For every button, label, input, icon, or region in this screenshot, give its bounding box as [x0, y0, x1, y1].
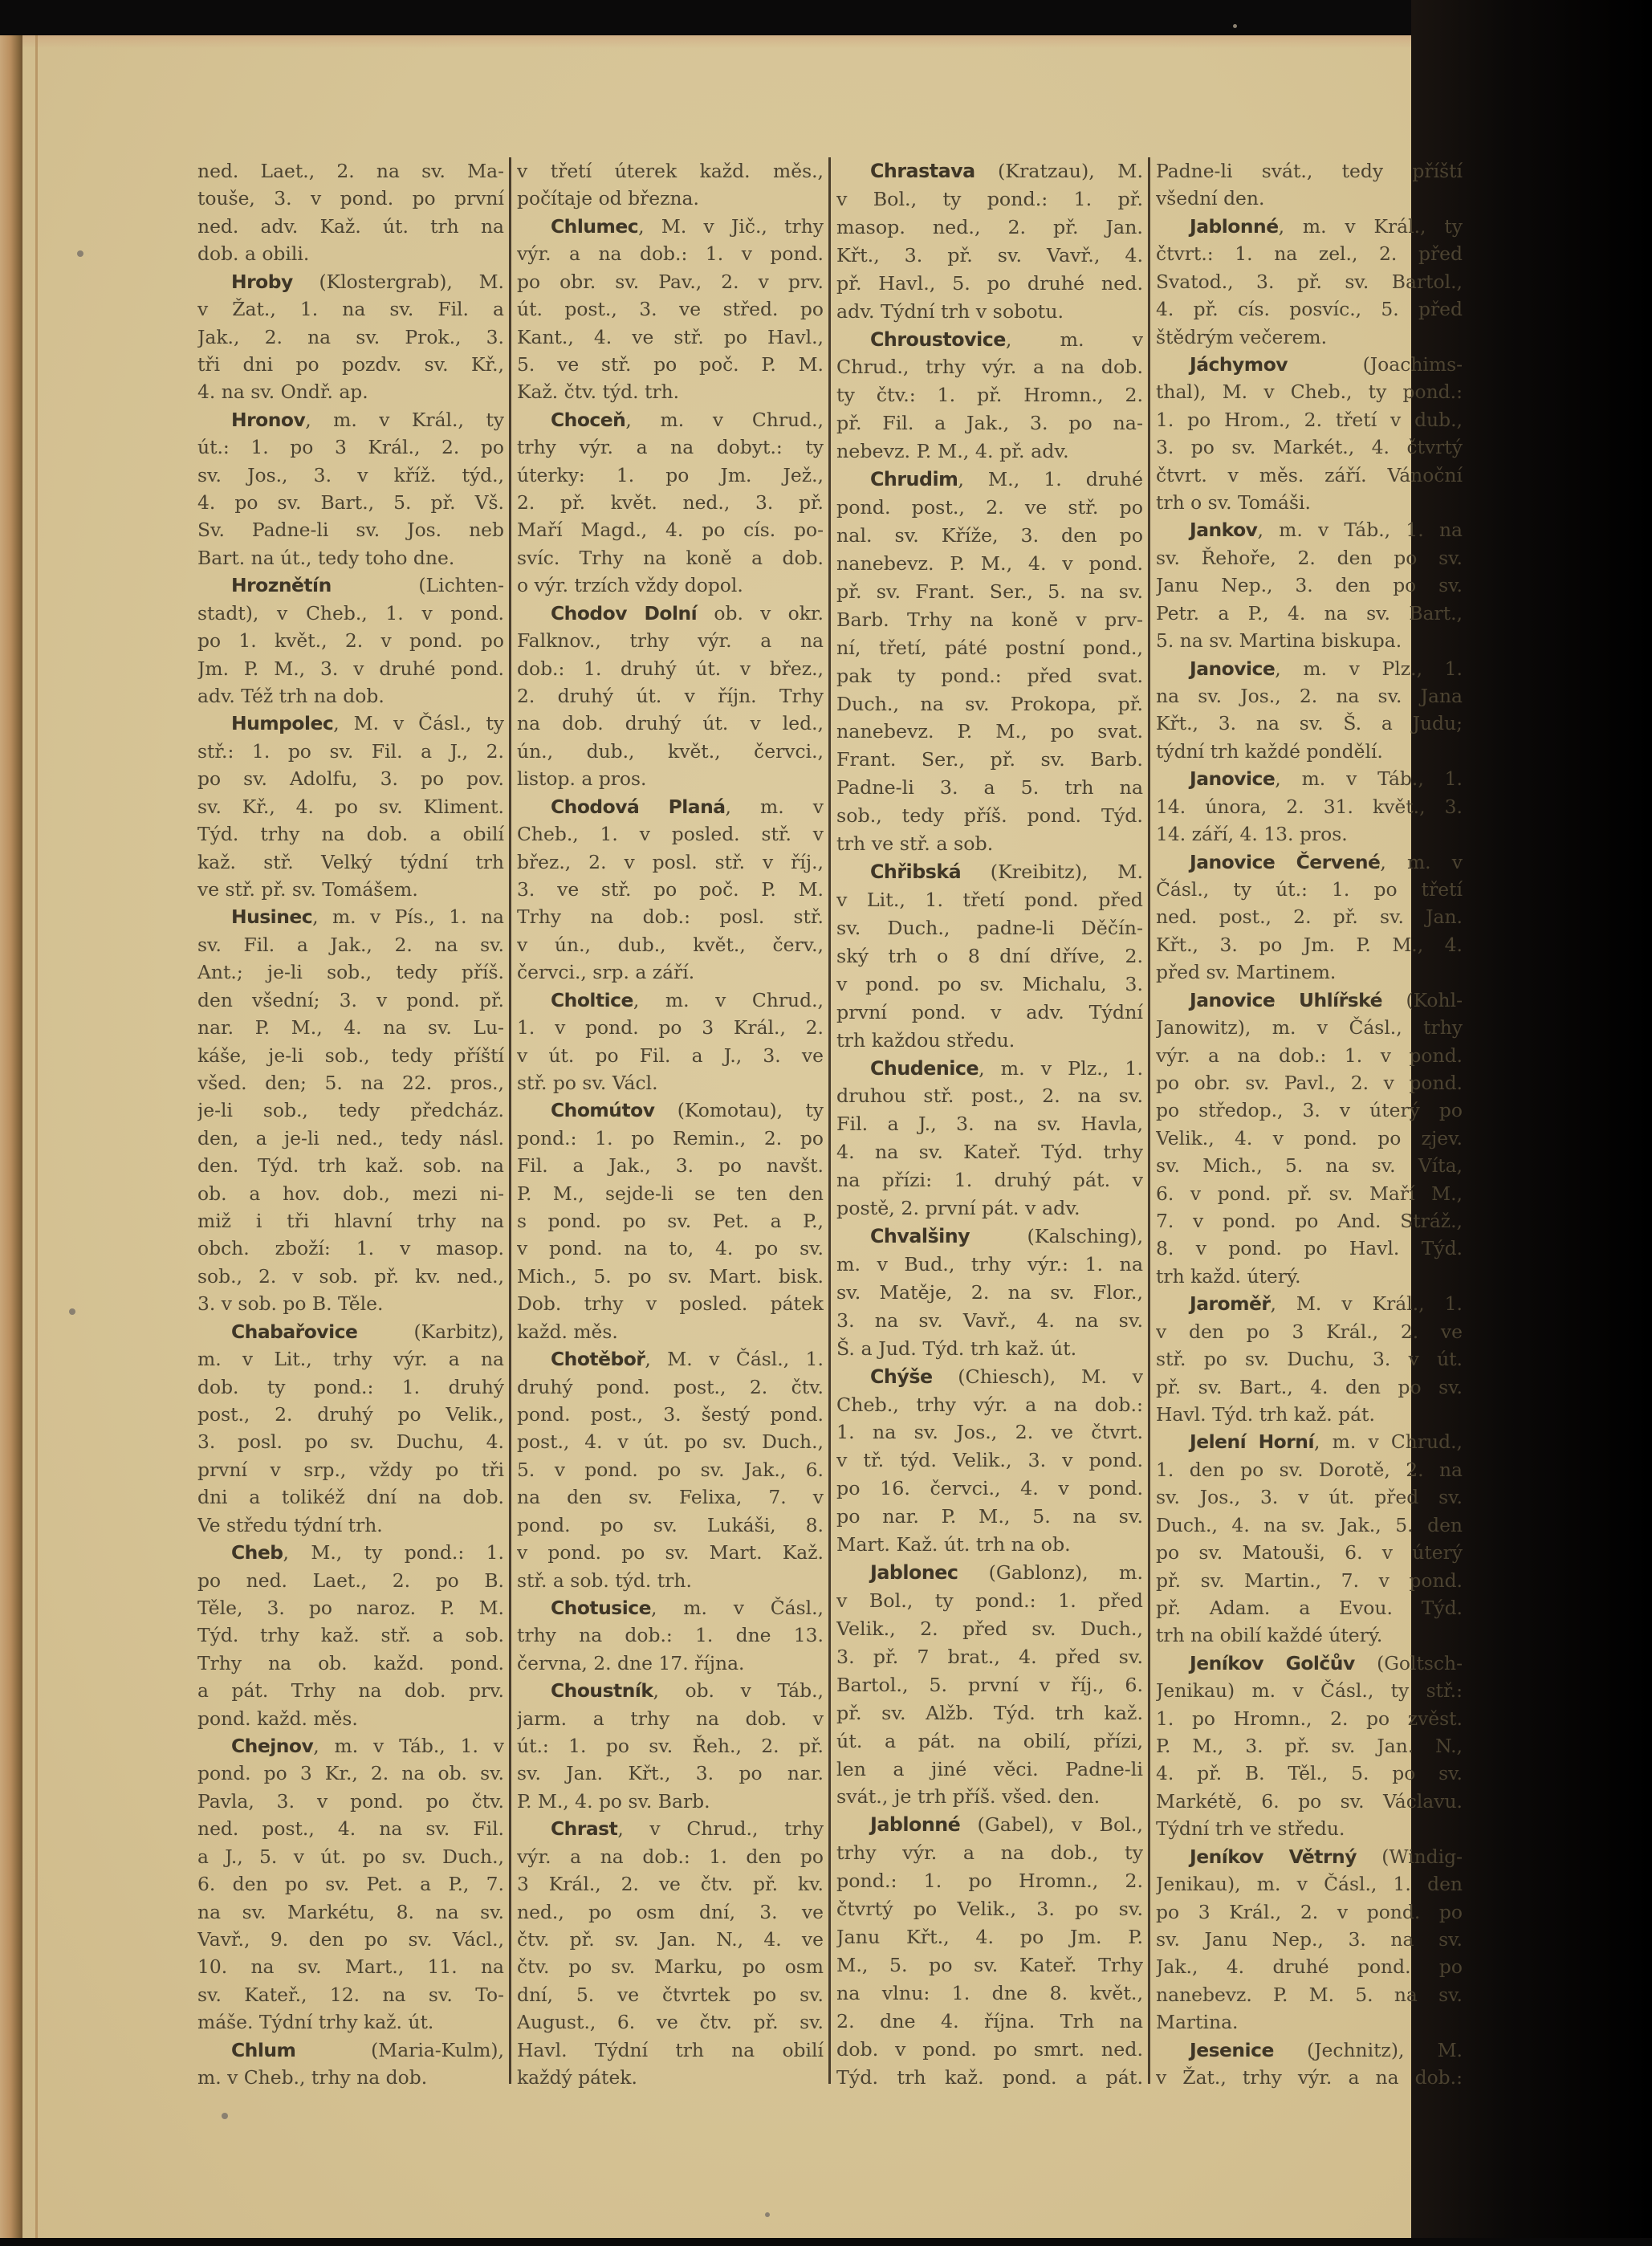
line-text: Fil. a J., 3. na sv. Havla, [836, 1113, 1143, 1135]
text-line: Frant. Ser., př. sv. Barb. [836, 746, 1143, 774]
text-line: Vavř., 9. den po sv. Václ., [197, 1926, 504, 1953]
text-line: 5. ve stř. po poč. P. M. [517, 351, 824, 378]
text-line: P. M., 4. po sv. Barb. [517, 1788, 824, 1815]
text-line: len a jiné věci. Padne-li [836, 1756, 1143, 1784]
line-text: po sv. Matouši, 6. v úterý [1156, 1541, 1463, 1564]
line-text: první v srp., vždy po tři [197, 1459, 504, 1481]
line-text: v Žat., trhy výr. a na dob.: [1156, 2066, 1463, 2089]
place-headword: Chudenice [870, 1057, 979, 1080]
text-line: pak ty pond.: před svat. [836, 662, 1143, 690]
line-text: po nar. P. M., 5. na sv. [836, 1505, 1143, 1528]
text-line: pond.: 1. po Remin., 2. po [517, 1125, 824, 1152]
line-text: 1. na sv. Jos., 2. ve čtvrt. [836, 1421, 1143, 1443]
text-line: jarm. a trhy na dob. v [517, 1705, 824, 1732]
text-line: út.: 1. po 3 Král., 2. po [197, 433, 504, 461]
line-text: 5. na sv. Martina biskupa. [1156, 629, 1402, 652]
line-text: út. a pát. na obilí, přízi, [836, 1730, 1143, 1752]
line-text: ský trh o 8 dní dříve, 2. [836, 945, 1143, 967]
line-text: ob. a hov. dob., mezi ni- [197, 1182, 504, 1205]
line-text: Velik., 2. před sv. Duch., [836, 1617, 1143, 1640]
line-text: dob. ty pond.: 1. druhý [197, 1376, 504, 1398]
text-line: dní, 5. ve čtvrtek po sv. [517, 1981, 824, 2008]
line-text: P. M., 4. po sv. Barb. [517, 1790, 710, 1813]
text-line: červci., srp. a září. [517, 958, 824, 986]
line-text: dob.: 1. druhý út. v břez., [517, 657, 824, 680]
text-line: 6. den po sv. Pet. a P., 7. [197, 1870, 504, 1898]
text-line: ský trh o 8 dní dříve, 2. [836, 942, 1143, 970]
text-line: sv. Matěje, 2. na sv. Flor., [836, 1279, 1143, 1307]
entry-first-line: Hroznětín (Lichten- [197, 572, 504, 599]
place-headword: Jaroměř [1190, 1292, 1270, 1315]
line-text: ve stř. př. sv. Tomášem. [197, 878, 418, 901]
line-text: , m. v Král., ty [305, 409, 504, 431]
line-text: listop. a pros. [517, 767, 646, 790]
entry-first-line: Chrast, v Chrud., trhy [517, 1815, 824, 1842]
text-line: sv. Jos., 3. v kříž. týd., [197, 462, 504, 489]
line-text: Maří Magd., 4. po cís. po- [517, 519, 824, 541]
line-text: Janu Nep., 3. den po sv. [1156, 574, 1463, 596]
line-text: (Kreibitz), M. [961, 861, 1143, 883]
text-line: Trhy na ob. každ. pond. [197, 1650, 504, 1677]
binding-crease [35, 35, 38, 2240]
line-text: ned. adv. Kaž. út. trh na [197, 215, 504, 238]
line-text: thal), M. v Cheb., ty pond.: [1156, 380, 1463, 403]
text-line: s pond. po sv. Pet. a P., [517, 1207, 824, 1235]
text-line: pond. po 3 Kr., 2. na ob. sv. [197, 1760, 504, 1787]
line-text: , m. v Chrud., [625, 409, 824, 431]
line-text: 6. den po sv. Pet. a P., 7. [197, 1873, 504, 1895]
line-text: Falknov., trhy výr. a na [517, 629, 824, 652]
line-text: út.: 1. po 3 Král., 2. po [197, 436, 504, 458]
text-line: obch. zboží: 1. v masop. [197, 1235, 504, 1262]
line-text: 3. v sob. po B. Těle. [197, 1292, 383, 1315]
text-line: dob. a obili. [197, 240, 504, 267]
line-text: 1. po Hrom., 2. třetí v dub., [1156, 409, 1463, 431]
line-text: na sv. Markétu, 8. na sv. [197, 1901, 504, 1923]
line-text: Křt., 3. na sv. Š. a Judu; [1156, 712, 1463, 734]
text-line: Kaž. čtv. týd. trh. [517, 378, 824, 405]
line-text: po obr. sv. Pav., 2. v prv. [517, 271, 824, 293]
line-text: , m. v Pís., 1. na [312, 905, 504, 928]
entry-first-line: Chomútov (Komotau), ty [517, 1097, 824, 1124]
text-line: sv. Fil. a Jak., 2. na sv. [197, 931, 504, 958]
entry-first-line: Jesenice (Jechnitz), M. [1156, 2036, 1463, 2064]
text-line: Sv. Padne-li sv. Jos. neb [197, 516, 504, 543]
line-text: v třetí úterek každ. měs., [517, 160, 824, 182]
entry-first-line: Chroustovice, m. v [836, 326, 1143, 354]
text-line: Maří Magd., 4. po cís. po- [517, 516, 824, 543]
line-text: Mart. Kaž. út. trh na ob. [836, 1533, 1071, 1556]
column-1: ned. Laet., 2. na sv. Ma-touše, 3. v pon… [197, 157, 504, 2092]
place-headword: Chejnov [231, 1735, 313, 1757]
line-text: 5. ve stř. po poč. P. M. [517, 353, 824, 376]
place-headword: Janovice [1190, 657, 1275, 680]
line-text: m. v Lit., trhy výr. a na [197, 1348, 504, 1370]
line-text: den všední; 3. v pond. př. [197, 989, 504, 1011]
text-line: každ. měs. [517, 1318, 824, 1345]
line-text: počítaje od března. [517, 187, 699, 210]
place-headword: Chodov Dolní [551, 602, 697, 625]
line-text: Petr. a P., 4. na sv. Bart., [1156, 602, 1463, 625]
text-line: 1. po Hrom., 2. třetí v dub., [1156, 406, 1463, 433]
line-text: břez., 2. v posl. stř. v říj., [517, 851, 824, 873]
line-text: P. M., sejde-li se ten den [517, 1182, 824, 1205]
text-line: ned. post., 2. př. sv. Jan. [1156, 903, 1463, 930]
text-line: sv. Janu Nep., 3. na sv. [1156, 1926, 1463, 1953]
text-line: m. v Cheb., trhy na dob. [197, 2064, 504, 2091]
text-line: Dob. trhy v posled. pátek [517, 1290, 824, 1317]
line-text: , m. v Chrud., [633, 989, 824, 1011]
line-text: post., 4. v út. po sv. Duch., [517, 1430, 824, 1453]
line-text: (Kalsching), [970, 1225, 1143, 1247]
line-text: , M. v Jič., trhy [638, 215, 824, 238]
entry-first-line: Chudenice, m. v Plz., 1. [836, 1055, 1143, 1083]
place-headword: Jablonné [870, 1813, 960, 1836]
line-text: trhy výr. a na dobyt.: ty [517, 436, 824, 458]
text-line: každý pátek. [517, 2064, 824, 2091]
line-text: výr. a na dob.: 1. den po [517, 1845, 824, 1868]
text-line: Fil. a J., 3. na sv. Havla, [836, 1110, 1143, 1138]
text-line: břez., 2. v posl. stř. v říj., [517, 848, 824, 876]
line-text: sv. Matěje, 2. na sv. Flor., [836, 1281, 1143, 1304]
line-text: út. post., 3. ve střed. po [517, 298, 824, 320]
text-line: Falknov., trhy výr. a na [517, 627, 824, 654]
line-text: Kant., 4. ve stř. po Havl., [517, 326, 824, 348]
line-text: pond. post., 3. šestý pond. [517, 1403, 824, 1426]
line-text: Týd. trh kaž. pond. a pát. [836, 2066, 1143, 2089]
line-text: sv. Řehoře, 2. den po sv. [1156, 547, 1463, 569]
text-line: 1. po Hromn., 2. po zvěst. [1156, 1705, 1463, 1732]
text-line: 8. v pond. po Havl. Týd. [1156, 1235, 1463, 1262]
text-line: stř. po sv. Václ. [517, 1069, 824, 1097]
line-text: Kaž. čtv. týd. trh. [517, 380, 679, 403]
text-line: 3. př. 7 brat., 4. před sv. [836, 1643, 1143, 1671]
line-text: 5. v pond. po sv. Jak., 6. [517, 1459, 824, 1481]
line-text: (Jechnitz), M. [1274, 2039, 1463, 2061]
text-line: trhy výr. a na dobyt.: ty [517, 433, 824, 461]
text-line: čtvrt.: 1. na zel., 2. před [1156, 240, 1463, 267]
text-line: listop. a pros. [517, 765, 824, 792]
line-text: ned. post., 4. na sv. Fil. [197, 1817, 504, 1840]
text-line: 3. v sob. po B. Těle. [197, 1290, 504, 1317]
line-text: 4. na sv. Kateř. Týd. trhy [836, 1141, 1143, 1163]
text-line: v ún., dub., květ., červ., [517, 931, 824, 958]
text-line: výr. a na dob.: 1. v pond. [1156, 1042, 1463, 1069]
text-line: Duch., 4. na sv. Jak., 5. den [1156, 1512, 1463, 1539]
line-text: 7. v pond. po And. Stráž., [1156, 1210, 1463, 1232]
text-line: v Žat., 1. na sv. Fil. a [197, 295, 504, 323]
line-text: (Windig- [1357, 1845, 1463, 1868]
text-line: po 16. červci., 4. v pond. [836, 1475, 1143, 1503]
text-line: svát., je trh příš. všed. den. [836, 1783, 1143, 1811]
line-text: čtv. př. sv. Jan. N., 4. ve [517, 1928, 824, 1951]
line-text: v Bol., ty pond.: 1. před [836, 1589, 1143, 1612]
line-text: ún., dub., květ., červci., [517, 740, 824, 763]
text-line: den. Týd. trh kaž. sob. na [197, 1152, 504, 1179]
text-line: trh na obilí každé úterý. [1156, 1621, 1463, 1649]
line-text: trh ve stř. a sob. [836, 832, 993, 855]
text-line: Barb. Trhy na koně v prv- [836, 606, 1143, 634]
place-headword: Cheb [231, 1541, 283, 1564]
line-text: června, 2. dne 17. října. [517, 1652, 744, 1674]
text-line: pond. každ. měs. [197, 1705, 504, 1732]
text-line: druhý pond. post., 2. čtv. [517, 1373, 824, 1401]
line-text: v tř. týd. Velik., 3. v pond. [836, 1449, 1143, 1471]
text-line: čtvrtý po Velik., 3. po sv. [836, 1895, 1143, 1923]
text-line: druhou stř. post., 2. na sv. [836, 1082, 1143, 1110]
line-text: Bartol., 5. první v říj., 6. [836, 1674, 1143, 1696]
text-line: ní, třetí, páté postní pond., [836, 634, 1143, 662]
text-line: o výr. trzích vždy dopol. [517, 572, 824, 599]
line-text: trh o sv. Tomáši. [1156, 491, 1311, 514]
line-text: , M., ty pond.: 1. [283, 1541, 504, 1564]
line-text: svát., je trh příš. všed. den. [836, 1785, 1100, 1808]
line-text: P. M., 3. př. sv. Jan. N., [1156, 1735, 1463, 1757]
entry-first-line: Jeníkov Golčův (Goltsch- [1156, 1650, 1463, 1677]
line-text: dní, 5. ve čtvrtek po sv. [517, 1984, 824, 2006]
text-line: 3. ve stř. po poč. P. M. [517, 876, 824, 903]
scan-top-border [0, 0, 1652, 35]
line-text: štědrým večerem. [1156, 326, 1327, 348]
place-headword: Chotusice [551, 1597, 651, 1619]
entry-first-line: Chrastava (Kratzau), M. [836, 157, 1143, 185]
line-text: sv. Fil. a Jak., 2. na sv. [197, 934, 504, 956]
line-text: , m. v [726, 795, 824, 818]
text-line: v pond. po sv. Mart. Kaž. [517, 1539, 824, 1566]
text-line: v den po 3 Král., 2. ve [1156, 1318, 1463, 1345]
text-line: sob., 2. v sob. př. kv. ned., [197, 1263, 504, 1290]
entry-first-line: Jablonné, m. v Král., ty [1156, 213, 1463, 240]
line-text: týdní trh každé pondělí. [1156, 740, 1383, 763]
line-text: 14. února, 2. 31. květ., 3. [1156, 795, 1463, 818]
entry-first-line: Jelení Horní, m. v Chrud., [1156, 1428, 1463, 1455]
place-headword: Choustník [551, 1679, 653, 1702]
line-text: stř.: 1. po sv. Fil. a J., 2. [197, 740, 504, 763]
text-line: první pond. v adv. Týdní [836, 999, 1143, 1027]
column-4: Padne-li svát., tedy příštívšední den.Ja… [1156, 157, 1463, 2092]
line-text: 2. druhý út. v říjn. Trhy [517, 685, 824, 707]
text-line: P. M., sejde-li se ten den [517, 1180, 824, 1207]
text-line: Chrud., trhy výr. a na dob. [836, 353, 1143, 381]
line-text: sv. Jos., 3. v kříž. týd., [197, 464, 504, 486]
text-line: v Lit., 1. třetí pond. před [836, 886, 1143, 914]
text-line: Pavla, 3. v pond. po čtv. [197, 1788, 504, 1815]
line-text: postě, 2. první pát. v adv. [836, 1197, 1080, 1219]
line-text: Jenikau) m. v Čásl., ty stř.: [1156, 1679, 1463, 1702]
line-text: pond.: 1. po Remin., 2. po [517, 1127, 824, 1149]
text-line: Velik., 2. před sv. Duch., [836, 1615, 1143, 1643]
text-line: stř. a sob. týd. trh. [517, 1567, 824, 1594]
line-text: Martina. [1156, 2011, 1238, 2033]
line-text: , m. v Plz., 1. [1275, 657, 1463, 680]
text-line: př. Havl., 5. po druhé ned. [836, 270, 1143, 298]
line-text: 2. dne 4. října. Trh na [836, 2010, 1143, 2032]
line-text: post., 2. druhý po Velik., [197, 1403, 504, 1426]
entry-first-line: Hroby (Klostergrab), M. [197, 268, 504, 295]
line-text: čtv. po sv. Marku, po osm [517, 1955, 824, 1978]
line-text: jarm. a trhy na dob. v [517, 1707, 824, 1730]
text-line: Markétě, 6. po sv. Václavu. [1156, 1788, 1463, 1815]
place-headword: Chrastava [870, 160, 975, 182]
text-line: Padne-li 3. a 5. trh na [836, 774, 1143, 802]
text-line: ty čtv.: 1. př. Hromn., 2. [836, 381, 1143, 409]
line-text: (Klostergrab), M. [293, 271, 504, 293]
line-text: , m. v Táb., 1. na [1257, 519, 1463, 541]
entry-first-line: Janovice Uhlířské (Kohl- [1156, 987, 1463, 1014]
entry-first-line: Chrudim, M., 1. druhé [836, 466, 1143, 494]
line-text: 3. ve stř. po poč. P. M. [517, 878, 824, 901]
line-text: (Kohl- [1382, 989, 1463, 1011]
line-text: trh na obilí každé úterý. [1156, 1624, 1382, 1646]
line-text: , m. v Čásl., [651, 1597, 824, 1619]
text-line: nanebevz. P. M., po svat. [836, 718, 1143, 746]
line-text: 3. př. 7 brat., 4. před sv. [836, 1646, 1143, 1668]
text-line: pond.: 1. po Hromn., 2. [836, 1867, 1143, 1895]
text-line: 4. po sv. Bart., 5. př. Vš. [197, 489, 504, 516]
line-text: miž i tři hlavní trhy na [197, 1210, 504, 1232]
text-line: Martina. [1156, 2008, 1463, 2036]
text-line: 14. září, 4. 13. pros. [1156, 820, 1463, 848]
text-line: 5. na sv. Martina biskupa. [1156, 627, 1463, 654]
text-line: ned. Laet., 2. na sv. Ma- [197, 157, 504, 185]
line-text: (Gablonz), m. [958, 1561, 1143, 1584]
entry-first-line: Jaroměř, M. v Král., 1. [1156, 1290, 1463, 1317]
text-line: všed. den; 5. na 22. pros., [197, 1069, 504, 1097]
line-text: sv. Mich., 5. na sv. Víta, [1156, 1154, 1463, 1177]
line-text: Bart. na út., tedy toho dne. [197, 547, 454, 569]
text-line: Jenikau) m. v Čásl., ty stř.: [1156, 1677, 1463, 1704]
line-text: Jm. P. M., 3. v druhé pond. [197, 657, 504, 680]
line-text: den. Týd. trh kaž. sob. na [197, 1154, 504, 1177]
text-line: tři dni po pozdv. sv. Kř., [197, 351, 504, 378]
line-text: Markétě, 6. po sv. Václavu. [1156, 1790, 1463, 1813]
line-text: každ. měs. [517, 1320, 618, 1343]
line-text: a pát. Trhy na dob. prv. [197, 1679, 504, 1702]
text-line: 7. v pond. po And. Stráž., [1156, 1207, 1463, 1235]
entry-first-line: Janovice, m. v Táb., 1. [1156, 765, 1463, 792]
column-rule [1148, 157, 1150, 2084]
text-line: Janu Křt., 4. po Jm. P. [836, 1923, 1143, 1951]
line-text: sv. Kateř., 12. na sv. To- [197, 1984, 504, 2006]
line-text: po 16. červci., 4. v pond. [836, 1477, 1143, 1499]
line-text: , m. v Plz., 1. [979, 1057, 1143, 1080]
line-text: o výr. trzích vždy dopol. [517, 574, 743, 596]
text-line: po sv. Adolfu, 3. po pov. [197, 765, 504, 792]
place-headword: Jeníkov Golčův [1190, 1652, 1355, 1674]
line-text: Padne-li svát., tedy příští [1156, 160, 1463, 182]
text-line: výr. a na dob.: 1. den po [517, 1843, 824, 1870]
line-text: (Karbitz), [357, 1320, 504, 1343]
line-text: v pond. po sv. Michalu, 3. [836, 973, 1143, 995]
line-text: př. sv. Frant. Ser., 5. na sv. [836, 580, 1143, 603]
line-text: Janowitz), m. v Čásl., trhy [1156, 1016, 1463, 1039]
text-line: výr. a na dob.: 1. v pond. [517, 240, 824, 267]
line-text: čtvrt.: 1. na zel., 2. před [1156, 242, 1463, 265]
line-text: Havl. Týd. trh kaž. pát. [1156, 1403, 1375, 1426]
text-line: svíc. Trhy na koně a dob. [517, 544, 824, 572]
line-text: Cheb., trhy výr. a na dob.: [836, 1394, 1143, 1416]
line-text: př. Havl., 5. po druhé ned. [836, 272, 1143, 295]
line-text: káše, je-li sob., tedy příští [197, 1044, 504, 1067]
place-headword: Choltice [551, 989, 633, 1011]
text-line: pond. post., 3. šestý pond. [517, 1401, 824, 1428]
text-line: Křt., 3. po Jm. P. M., 4. [1156, 931, 1463, 958]
text-line: první v srp., vždy po tři [197, 1456, 504, 1483]
text-line: Týd. trhy na dob. a obilí [197, 820, 504, 848]
text-line: káše, je-li sob., tedy příští [197, 1042, 504, 1069]
entry-first-line: Chejnov, m. v Táb., 1. v [197, 1732, 504, 1760]
line-text: Velik., 4. v pond. po zjev. [1156, 1127, 1463, 1149]
line-text: (Lichten- [332, 574, 504, 596]
text-line: 2. druhý út. v říjn. Trhy [517, 682, 824, 710]
line-text: sob., 2. v sob. př. kv. ned., [197, 1265, 504, 1288]
text-line: v pond. na to, 4. po sv. [517, 1235, 824, 1262]
text-line: adv. Týdní trh v sobotu. [836, 298, 1143, 326]
line-text: na vlnu: 1. dne 8. květ., [836, 1982, 1143, 2004]
line-text: út.: 1. po sv. Řeh., 2. př. [517, 1735, 824, 1757]
text-line: Těle, 3. po naroz. P. M. [197, 1594, 504, 1621]
line-text: všední den. [1156, 187, 1264, 210]
line-text: , M. v Čásl., 1. [645, 1348, 824, 1370]
line-text: 10. na sv. Mart., 11. na [197, 1955, 504, 1978]
text-line: ún., dub., květ., červci., [517, 738, 824, 765]
line-text: sv. Janu Nep., 3. na sv. [1156, 1928, 1463, 1951]
line-text: druhý pond. post., 2. čtv. [517, 1376, 824, 1398]
text-line: m. v Lit., trhy výr. a na [197, 1345, 504, 1373]
entry-first-line: Chodov Dolní ob. v okr. [517, 600, 824, 627]
line-text: Jak., 4. druhé pond. po [1156, 1955, 1463, 1978]
line-text: 8. v pond. po Havl. Týd. [1156, 1237, 1463, 1259]
text-line: Petr. a P., 4. na sv. Bart., [1156, 600, 1463, 627]
text-line: na dob. druhý út. v led., [517, 710, 824, 737]
text-line: dob. ty pond.: 1. druhý [197, 1373, 504, 1401]
line-text: úterky: 1. po Jm. Jež., [517, 464, 824, 486]
line-text: 4. př. cís. posvíc., 5. před [1156, 298, 1463, 320]
scan-bottom-border [0, 2238, 1652, 2246]
line-text: Svatod., 3. př. sv. Bartol., [1156, 271, 1463, 293]
text-line: Týd. trh kaž. pond. a pát. [836, 2064, 1143, 2092]
text-line: den, a je-li ned., tedy násl. [197, 1125, 504, 1152]
text-line: čtv. př. sv. Jan. N., 4. ve [517, 1926, 824, 1953]
text-line: dni a tolikéž dní na dob. [197, 1483, 504, 1511]
text-line: 6. v pond. př. sv. Maří M., [1156, 1180, 1463, 1207]
text-line: je-li sob., tedy předcház. [197, 1097, 504, 1124]
text-line: kaž. stř. Velký týdní trh [197, 848, 504, 876]
line-text: , m. v Táb., 1. [1275, 767, 1463, 790]
line-text: př. Adam. a Evou. Týd. [1156, 1597, 1463, 1619]
line-text: Fil. a Jak., 3. po navšt. [517, 1154, 824, 1177]
text-columns: ned. Laet., 2. na sv. Ma-touše, 3. v pon… [197, 157, 1474, 2092]
text-line: Trhy na dob.: posl. stř. [517, 903, 824, 930]
text-line: trhy na dob.: 1. dne 13. [517, 1621, 824, 1649]
line-text: v Bol., ty pond.: 1. př. [836, 188, 1143, 210]
line-text: červci., srp. a září. [517, 961, 694, 983]
paper-speck [222, 2113, 228, 2119]
line-text: 1. v pond. po 3 Král., 2. [517, 1016, 824, 1039]
entry-first-line: Choustník, ob. v Táb., [517, 1677, 824, 1704]
text-line: nar. P. M., 4. na sv. Lu- [197, 1014, 504, 1041]
line-text: (Joachims- [1288, 353, 1463, 376]
text-line: na vlnu: 1. dne 8. květ., [836, 1979, 1143, 2008]
line-text: Ve středu týdní trh. [197, 1514, 383, 1536]
line-text: Vavř., 9. den po sv. Václ., [197, 1928, 504, 1951]
text-line: máše. Týdní trhy kaž. út. [197, 2008, 504, 2036]
text-line: v Bol., ty pond.: 1. před [836, 1587, 1143, 1615]
line-text: Duch., 4. na sv. Jak., 5. den [1156, 1514, 1463, 1536]
text-line: počítaje od března. [517, 185, 824, 212]
text-line: po středop., 3. v úterý po [1156, 1097, 1463, 1124]
line-text: v ún., dub., květ., červ., [517, 934, 824, 956]
